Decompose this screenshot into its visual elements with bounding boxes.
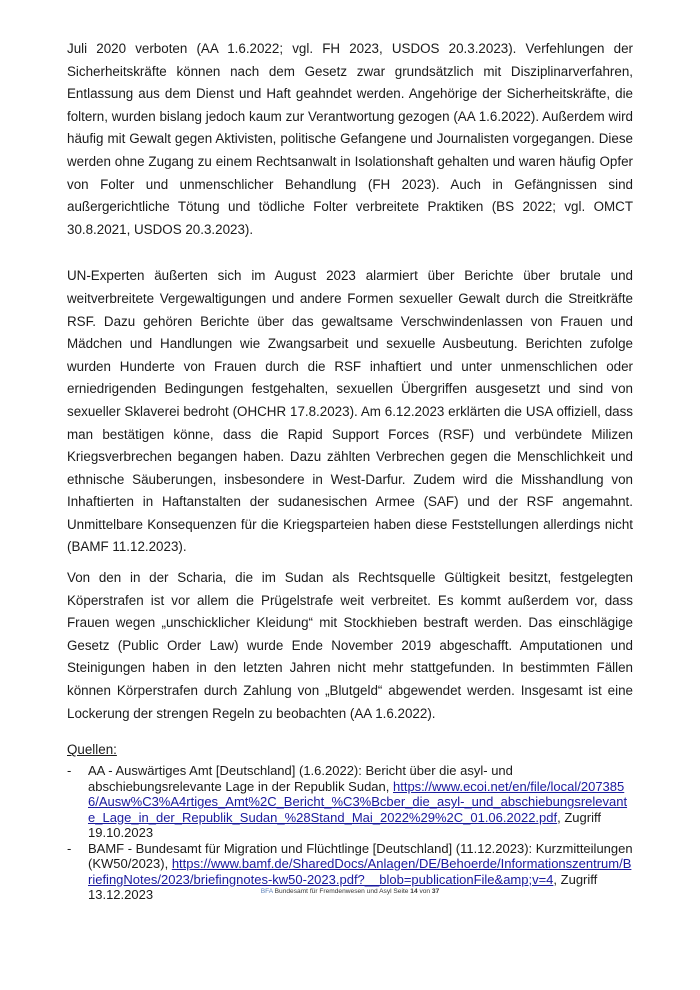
sources-list: - AA - Auswärtiges Amt [Deutschland] (1.… <box>67 763 633 903</box>
page-footer: BFA Bundesamt für Fremdenwesen und Asyl … <box>0 888 700 895</box>
sources-heading: Quellen: <box>67 741 633 759</box>
source-item-aa: - AA - Auswärtiges Amt [Deutschland] (1.… <box>67 763 633 841</box>
total-pages: 37 <box>432 888 439 895</box>
footer-sep: von <box>418 888 432 895</box>
document-page: Juli 2020 verboten (AA 1.6.2022; vgl. FH… <box>67 38 633 903</box>
footer-org: Bundesamt für Fremdenwesen und Asyl Seit… <box>273 888 410 895</box>
paragraph-security-forces: Juli 2020 verboten (AA 1.6.2022; vgl. FH… <box>67 38 633 241</box>
paragraph-sharia-punishments: Von den in der Scharia, die im Sudan als… <box>67 567 633 725</box>
list-bullet: - <box>67 763 71 779</box>
current-page-number: 14 <box>410 888 417 895</box>
paragraph-un-experts: UN-Experten äußerten sich im August 2023… <box>67 265 633 559</box>
list-bullet: - <box>67 841 71 857</box>
bfa-logo-text: BFA <box>261 888 273 895</box>
